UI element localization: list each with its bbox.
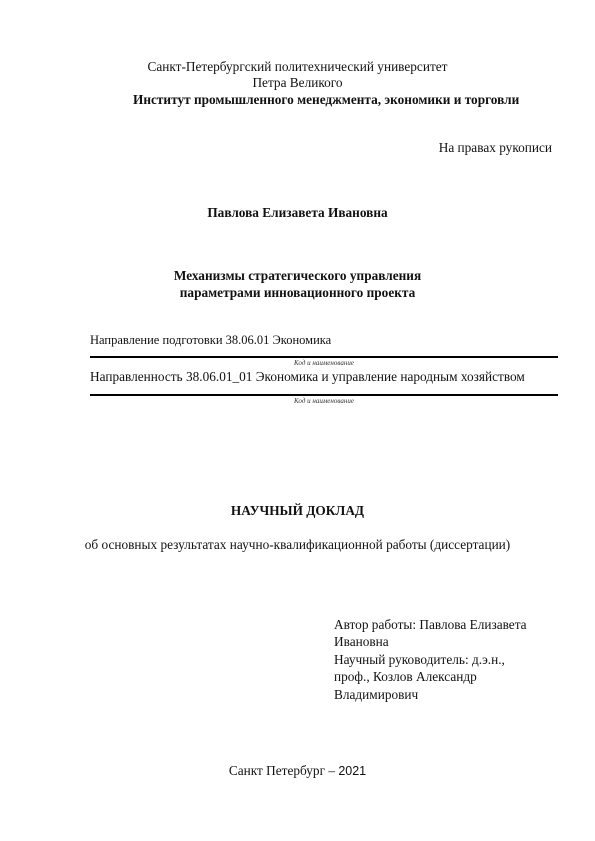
footer-year: 2021 <box>338 764 366 778</box>
specialization-underline <box>90 394 558 396</box>
author-name: Павлова Елизавета Ивановна <box>0 205 595 221</box>
direction-caption: Код и наименование <box>90 359 558 368</box>
footer-city: Санкт Петербург – <box>229 763 335 778</box>
signature-line: Ивановна <box>334 633 564 650</box>
direction-underline <box>90 356 558 358</box>
report-subtitle: об основных результатах научно-квалифика… <box>0 537 595 553</box>
university-name-line1: Санкт-Петербургский политехнический унив… <box>0 59 595 75</box>
manuscript-note: На правах рукописи <box>439 140 552 156</box>
signature-line: Автор работы: Павлова Елизавета <box>334 616 564 633</box>
signature-line: Научный руководитель: д.э.н., <box>334 651 564 668</box>
footer-place-year: Санкт Петербург – 2021 <box>0 763 595 779</box>
thesis-title-line2: параметрами инновационного проекта <box>0 285 595 301</box>
institute-name: Институт промышленного менеджмента, экон… <box>133 92 553 108</box>
university-name-line2: Петра Великого <box>0 75 595 91</box>
direction-text: Направление подготовки 38.06.01 Экономик… <box>90 333 331 348</box>
specialization-text: Направленность 38.06.01_01 Экономика и у… <box>90 369 525 385</box>
signature-line: Владимирович <box>334 686 564 703</box>
signature-block: Автор работы: Павлова Елизавета Ивановна… <box>334 616 564 703</box>
specialization-caption: Код и наименование <box>90 397 558 406</box>
signature-line: проф., Козлов Александр <box>334 668 564 685</box>
thesis-title-line1: Механизмы стратегического управления <box>0 268 595 284</box>
report-heading: НАУЧНЫЙ ДОКЛАД <box>0 503 595 519</box>
